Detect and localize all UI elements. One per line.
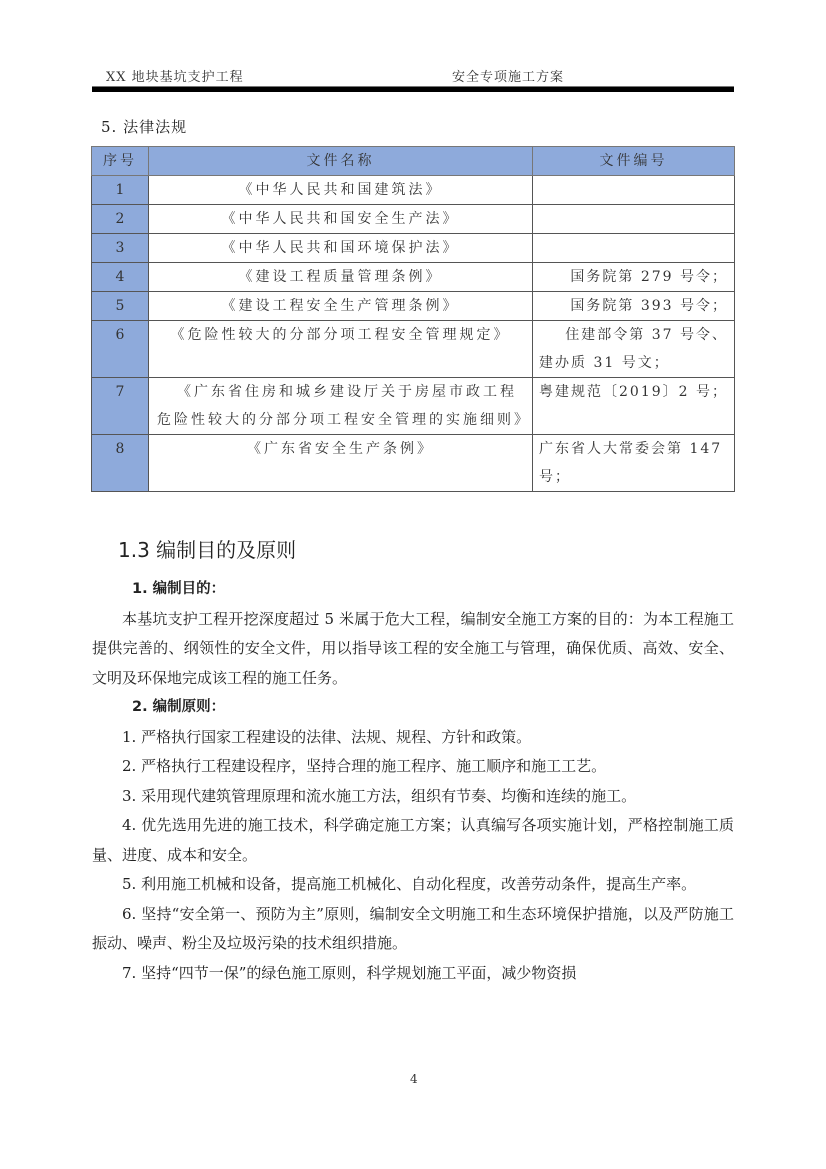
document-code-line: 广东省人大常委会第 147 [539,435,730,463]
column-header-name: 文件名称 [149,147,533,176]
section-heading-1-3: 1.3 编制目的及原则 [118,534,296,563]
principle-item: 4. 优先选用先进的施工技术，科学确定施工方案；认真编写各项实施计划，严格控制施… [92,811,734,870]
document-name-line: 危险性较大的分部分项工程安全管理的实施细则》 [157,406,532,434]
header-rule [92,86,734,92]
document-code: 国务院第 279 号令； [533,263,735,292]
table-row: 3 《中华人民共和国环境保护法》 [92,234,735,263]
principle-item: 5. 利用施工机械和设备，提高施工机械化、自动化程度，改善劳动条件，提高生产率。 [92,870,734,900]
document-code: 粤建规范〔2019〕2 号； [533,378,735,435]
document-code-line: 号； [539,463,730,491]
table-row: 4 《建设工程质量管理条例》 国务院第 279 号令； [92,263,735,292]
document-name-line: 《广东省住房和城乡建设厅关于房屋市政工程 [157,378,532,406]
document-code [533,205,735,234]
principles-section: 2. 编制原则： 1. 严格执行国家工程建设的法律、法规、规程、方针和政策。 2… [92,693,734,988]
purpose-section: 1. 编制目的： 本基坑支护工程开挖深度超过 5 米属于危大工程，编制安全施工方… [92,575,734,693]
document-name: 《危险性较大的分部分项工程安全管理规定》 [149,321,533,378]
principles-title: 2. 编制原则： [92,693,734,723]
column-header-code: 文件编号 [533,147,735,176]
document-code [533,176,735,205]
document-code: 广东省人大常委会第 147 号； [533,435,735,492]
document-code: 住建部令第 37 号令、 建办质 31 号文； [533,321,735,378]
row-number: 1 [92,176,149,205]
table-row: 8 《广东省安全生产条例》 广东省人大常委会第 147 号； [92,435,735,492]
document-name: 《广东省安全生产条例》 [149,435,533,492]
column-header-number: 序号 [92,147,149,176]
row-number: 8 [92,435,149,492]
page-number: 4 [410,1072,418,1086]
document-name: 《建设工程质量管理条例》 [149,263,533,292]
document-name: 《建设工程安全生产管理条例》 [149,292,533,321]
page-header: XX 地块基坑支护工程 安全专项施工方案 [92,64,734,86]
header-project-title: XX 地块基坑支护工程 [106,66,244,85]
purpose-paragraph: 本基坑支护工程开挖深度超过 5 米属于危大工程，编制安全施工方案的目的：为本工程… [92,605,734,694]
principle-item: 6. 坚持“安全第一、预防为主”原则，编制安全文明施工和生态环境保护措施，以及严… [92,900,734,959]
principle-item: 2. 严格执行工程建设程序，坚持合理的施工程序、施工顺序和施工工艺。 [92,752,734,782]
table-row: 1 《中华人民共和国建筑法》 [92,176,735,205]
row-number: 5 [92,292,149,321]
row-number: 2 [92,205,149,234]
document-code-line: 建办质 31 号文； [533,349,728,377]
document-name: 《广东省住房和城乡建设厅关于房屋市政工程 危险性较大的分部分项工程安全管理的实施… [149,378,533,435]
principle-item: 1. 严格执行国家工程建设的法律、法规、规程、方针和政策。 [92,723,734,753]
table-header-row: 序号 文件名称 文件编号 [92,147,735,176]
document-name: 《中华人民共和国安全生产法》 [149,205,533,234]
document-name: 《中华人民共和国环境保护法》 [149,234,533,263]
purpose-title: 1. 编制目的： [92,575,734,605]
principle-item: 7. 坚持“四节一保”的绿色施工原则，科学规划施工平面，减少物资损 [92,959,734,989]
row-number: 4 [92,263,149,292]
row-number: 7 [92,378,149,435]
laws-table: 序号 文件名称 文件编号 1 《中华人民共和国建筑法》 2 《中华人民共和国安全… [91,146,735,492]
document-code [533,234,735,263]
document-name: 《中华人民共和国建筑法》 [149,176,533,205]
table-row: 2 《中华人民共和国安全生产法》 [92,205,735,234]
document-code-line: 住建部令第 37 号令、 [533,321,728,349]
section-5-title: 5. 法律法规 [101,116,187,137]
row-number: 3 [92,234,149,263]
table-row: 6 《危险性较大的分部分项工程安全管理规定》 住建部令第 37 号令、 建办质 … [92,321,735,378]
row-number: 6 [92,321,149,378]
table-row: 5 《建设工程安全生产管理条例》 国务院第 393 号令； [92,292,735,321]
header-document-title: 安全专项施工方案 [452,66,564,85]
document-code: 国务院第 393 号令； [533,292,735,321]
table-row: 7 《广东省住房和城乡建设厅关于房屋市政工程 危险性较大的分部分项工程安全管理的… [92,378,735,435]
principle-item: 3. 采用现代建筑管理原理和流水施工方法，组织有节奏、均衡和连续的施工。 [92,782,734,812]
